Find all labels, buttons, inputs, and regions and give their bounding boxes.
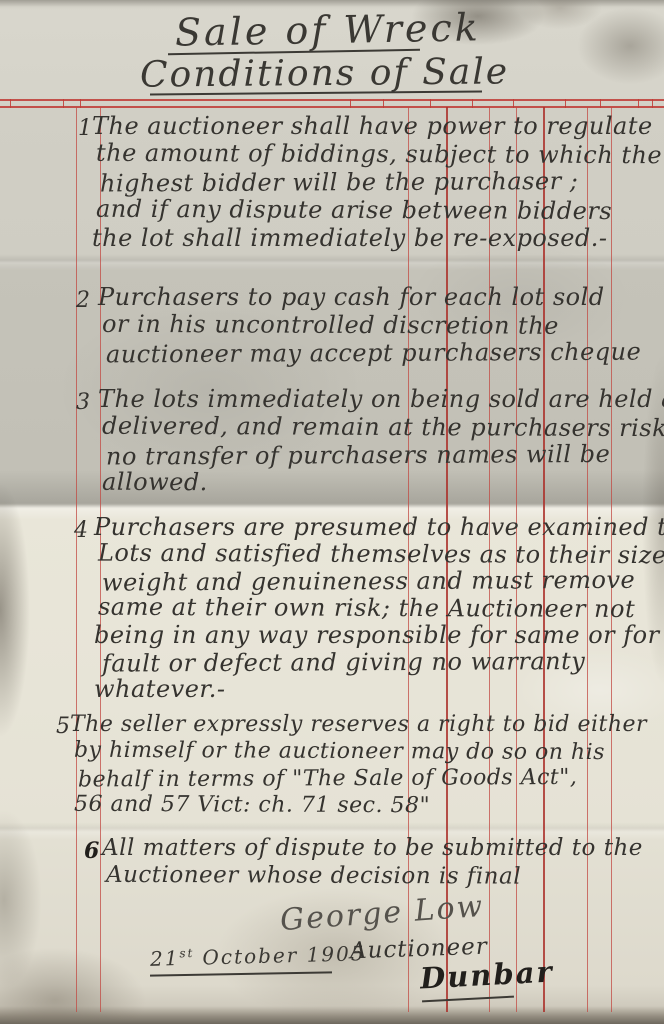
condition-item-2: Purchasers to pay cash for each lot sold…: [98, 283, 633, 367]
item-line: Auctioneer whose decision is final: [106, 861, 647, 891]
date-suffix: st: [179, 946, 194, 960]
item-line: or in his uncontrolled discretion the: [102, 310, 637, 340]
ledger-header-tick: [472, 99, 473, 108]
item-number: 1: [78, 116, 92, 141]
item-line: no transfer of purchasers names will be: [106, 439, 664, 470]
item-line: auctioneer may accept purchasers cheque: [106, 338, 641, 369]
item-line: Purchasers to pay cash for each lot sold: [98, 283, 633, 311]
item-line: same at their own risk; the Auctioneer n…: [98, 594, 664, 624]
ledger-header-tick: [63, 99, 64, 108]
ledger-header-tick: [10, 99, 11, 108]
date-underline: [150, 971, 332, 976]
document-subtitle: Conditions of Sale: [140, 51, 509, 95]
item-line: behalf in terms of "The Sale of Goods Ac…: [78, 763, 655, 793]
item-line: Lots and satisfied themselves as to thei…: [98, 540, 664, 570]
item-number: 3: [76, 390, 90, 415]
item-number: 5: [56, 714, 70, 739]
item-line: Purchasers are presumed to have examined…: [94, 514, 664, 541]
margin-rule-outer: [76, 107, 77, 1012]
condition-item-4: Purchasers are presumed to have examined…: [94, 514, 664, 703]
item-line: the lot shall immediately be re-exposed.…: [92, 224, 658, 252]
condition-item-3: The lots immediately on being sold are h…: [98, 385, 664, 497]
ledger-header-tick: [565, 99, 566, 108]
item-line: 56 and 57 Vict: ch. 71 sec. 58": [74, 791, 651, 821]
ledger-header-tick: [638, 99, 639, 108]
item-line: fault or defect and giving no warranty: [102, 647, 664, 677]
place-underline: [422, 996, 514, 1003]
item-line: the amount of biddings, subject to which…: [96, 139, 662, 169]
item-line: The lots immediately on being sold are h…: [98, 385, 664, 413]
date-rest: October 1905: [202, 941, 366, 969]
item-number: 4: [74, 518, 88, 543]
item-line: The auctioneer shall have power to regul…: [92, 112, 658, 140]
condition-item-5: The seller expressly reserves a right to…: [70, 711, 647, 819]
item-number: 6: [84, 838, 99, 864]
signature-place: Dunbar: [419, 955, 554, 996]
ledger-header-tick: [513, 99, 514, 108]
item-line: whatever.-: [94, 676, 664, 703]
item-line: being in any way responsible for same or…: [94, 622, 664, 649]
condition-item-1: The auctioneer shall have power to regul…: [92, 112, 658, 252]
item-line: All matters of dispute to be submitted t…: [102, 834, 643, 862]
item-line: allowed.: [102, 468, 664, 499]
ledger-header-tick: [350, 99, 351, 108]
document-page: Sale of Wreck Conditions of Sale 1 The a…: [0, 0, 664, 1024]
item-line: and if any dispute arise between bidders: [96, 195, 662, 225]
date-day: 21: [150, 946, 180, 971]
ledger-header-tick: [600, 99, 601, 108]
item-line: The seller expressly reserves a right to…: [70, 711, 647, 738]
item-line: highest bidder will be the purchaser ;: [100, 167, 664, 198]
ledger-header-tick: [383, 99, 384, 108]
item-number: 2: [76, 288, 90, 313]
item-line: by himself or the auctioneer may do so o…: [74, 737, 651, 767]
item-line: weight and genuineness and must remove: [102, 566, 664, 596]
document-date: 21stOctober 1905: [150, 941, 366, 971]
ledger-header-tick: [652, 99, 653, 108]
ledger-header-tick: [80, 99, 81, 108]
condition-item-6: All matters of dispute to be submitted t…: [102, 834, 643, 890]
document-title: Sale of Wreck: [175, 5, 481, 54]
signature-name: George Low: [279, 889, 485, 938]
ledger-header-tick: [430, 99, 431, 108]
item-line: delivered, and remain at the purchasers …: [102, 412, 664, 443]
